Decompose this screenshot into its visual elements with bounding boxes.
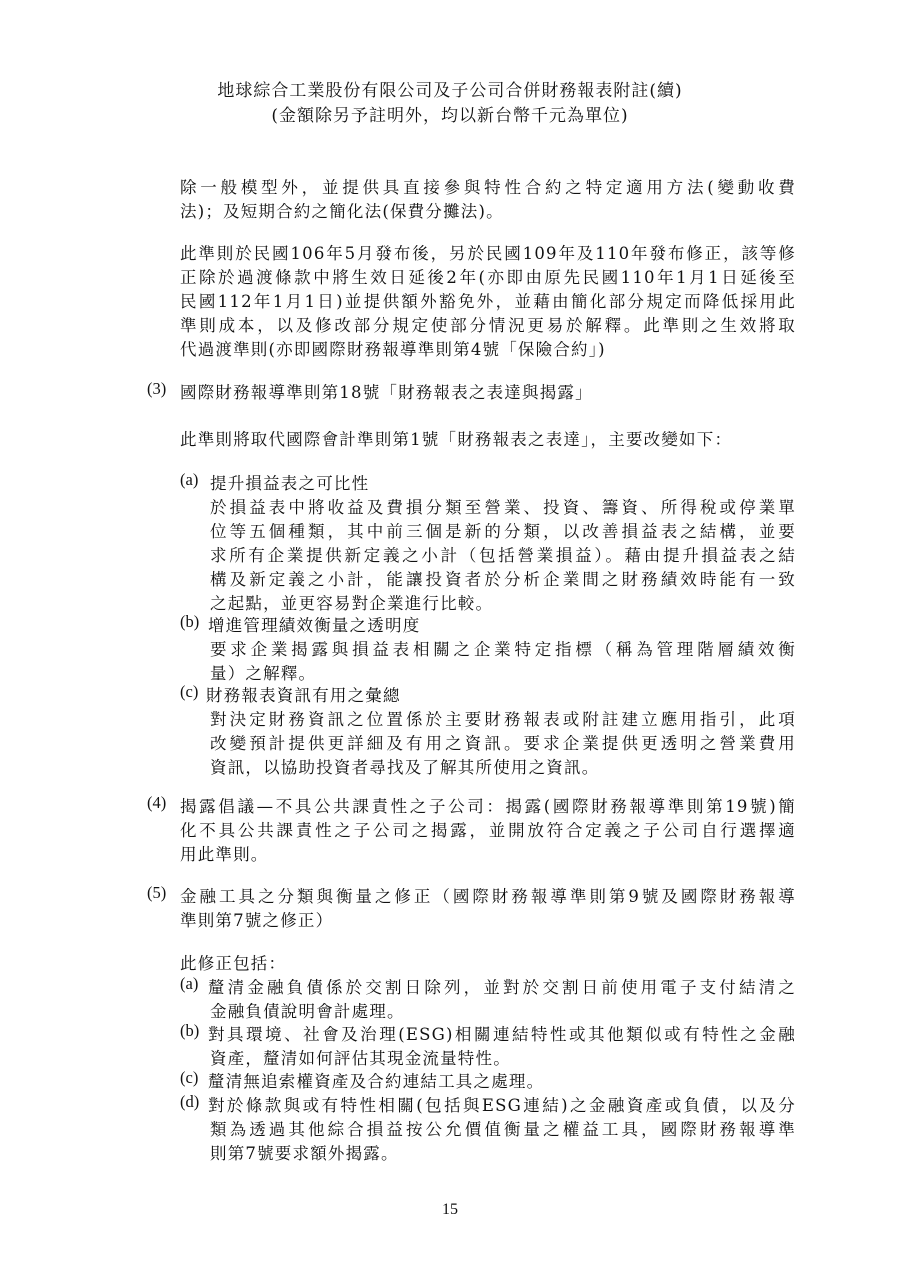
- text-line: 法)；及短期合約之簡化法(保費分攤法)。: [180, 198, 504, 222]
- document-page: 地球綜合工業股份有限公司及子公司合併財務報表附註(續) (金額除另予註明外，均以…: [0, 0, 900, 1273]
- text-line: 除一般模型外，並提供具直接參與特性合約之特定適用方法(變動收費: [180, 174, 796, 198]
- text-line: 用此準則。: [180, 841, 269, 865]
- text-line: 釐清金融負債係於交割日除列，並對於交割日前使用電子支付結清之: [208, 974, 796, 998]
- text-line: 民國112年1月1日)並提供額外豁免外，並藉由簡化部分規定而降低採用此: [180, 288, 796, 312]
- text-line: 改變預計提供更詳細及有用之資訊。要求企業提供更透明之營業費用: [210, 730, 796, 754]
- section-lead: 此準則將取代國際會計準則第1號「財務報表之表達」，主要改變如下：: [180, 426, 732, 450]
- text-line: 代過渡準則(亦即國際財務報導準則第4號「保險合約」): [180, 336, 606, 360]
- section-number: (3): [147, 379, 166, 399]
- text-line: 之起點，並更容易對企業進行比較。: [210, 590, 493, 614]
- text-line: 準則成本，以及修改部分規定使部分情況更易於解釋。此準則之生效將取: [180, 312, 796, 336]
- section-heading: 準則第7號之修正）: [180, 907, 333, 931]
- document-title: 地球綜合工業股份有限公司及子公司合併財務報表附註(續): [0, 76, 900, 101]
- text-line: 求所有企業提供新定義之小計（包括營業損益）。藉由提升損益表之結: [210, 542, 796, 566]
- item-label: (d): [180, 1092, 199, 1112]
- section-lead: 此修正包括：: [180, 950, 286, 974]
- text-line: 揭露倡議—不具公共課責性之子公司：揭露(國際財務報導準則第19號)簡: [180, 793, 796, 817]
- item-label: (c): [180, 682, 198, 702]
- page-number: 15: [0, 1201, 900, 1219]
- text-line: 金融負債說明會計處理。: [210, 998, 405, 1022]
- section-number: (4): [147, 793, 166, 813]
- text-line: 量）之解釋。: [210, 660, 316, 684]
- text-line: 對於條款與或有特性相關(包括與ESG連結)之金融資產或負債，以及分: [208, 1092, 796, 1116]
- item-heading: 財務報表資訊有用之彙總: [206, 682, 401, 706]
- text-line: 釐清無追索權資產及合約連結工具之處理。: [208, 1068, 544, 1092]
- item-label: (b): [180, 612, 199, 632]
- item-label: (c): [180, 1068, 198, 1088]
- text-line: 化不具公共課責性之子公司之揭露，並開放符合定義之子公司自行選擇適: [180, 817, 796, 841]
- item-heading: 增進管理績效衡量之透明度: [208, 612, 420, 636]
- section-heading: 國際財務報導準則第18號「財務報表之表達與揭露」: [180, 379, 593, 403]
- text-line: 資訊，以協助投資者尋找及了解其所使用之資訊。: [210, 754, 599, 778]
- text-line: 則第7號要求額外揭露。: [210, 1140, 399, 1164]
- text-line: 此準則於民國106年5月發布後，另於民國109年及110年發布修正，該等修: [180, 240, 796, 264]
- item-label: (a): [180, 974, 198, 994]
- text-line: 對具環境、社會及治理(ESG)相關連結特性或其他類似或有特性之金融: [208, 1021, 796, 1045]
- item-label: (a): [180, 470, 198, 490]
- item-label: (b): [180, 1021, 199, 1041]
- item-heading: 提升損益表之可比性: [210, 470, 369, 494]
- section-heading: 金融工具之分類與衡量之修正（國際財務報導準則第9號及國際財務報導: [180, 883, 796, 907]
- text-line: 對決定財務資訊之位置係於主要財務報表或附註建立應用指引，此項: [210, 706, 796, 730]
- text-line: 位等五個種類，其中前三個是新的分類，以改善損益表之結構，並要: [210, 518, 796, 542]
- text-line: 正除於過渡條款中將生效日延後2年(亦即由原先民國110年1月1日延後至: [180, 264, 796, 288]
- document-subtitle: (金額除另予註明外，均以新台幣千元為單位): [0, 101, 900, 126]
- text-line: 構及新定義之小計，能讓投資者於分析企業間之財務績效時能有一致: [210, 566, 796, 590]
- text-line: 要求企業揭露與損益表相關之企業特定指標（稱為管理階層績效衡: [210, 636, 796, 660]
- text-line: 類為透過其他綜合損益按公允價值衡量之權益工具，國際財務報導準: [210, 1116, 796, 1140]
- section-number: (5): [147, 883, 166, 903]
- text-line: 於損益表中將收益及費損分類至營業、投資、籌資、所得稅或停業單: [210, 494, 796, 518]
- text-line: 資產，釐清如何評估其現金流量特性。: [210, 1045, 511, 1069]
